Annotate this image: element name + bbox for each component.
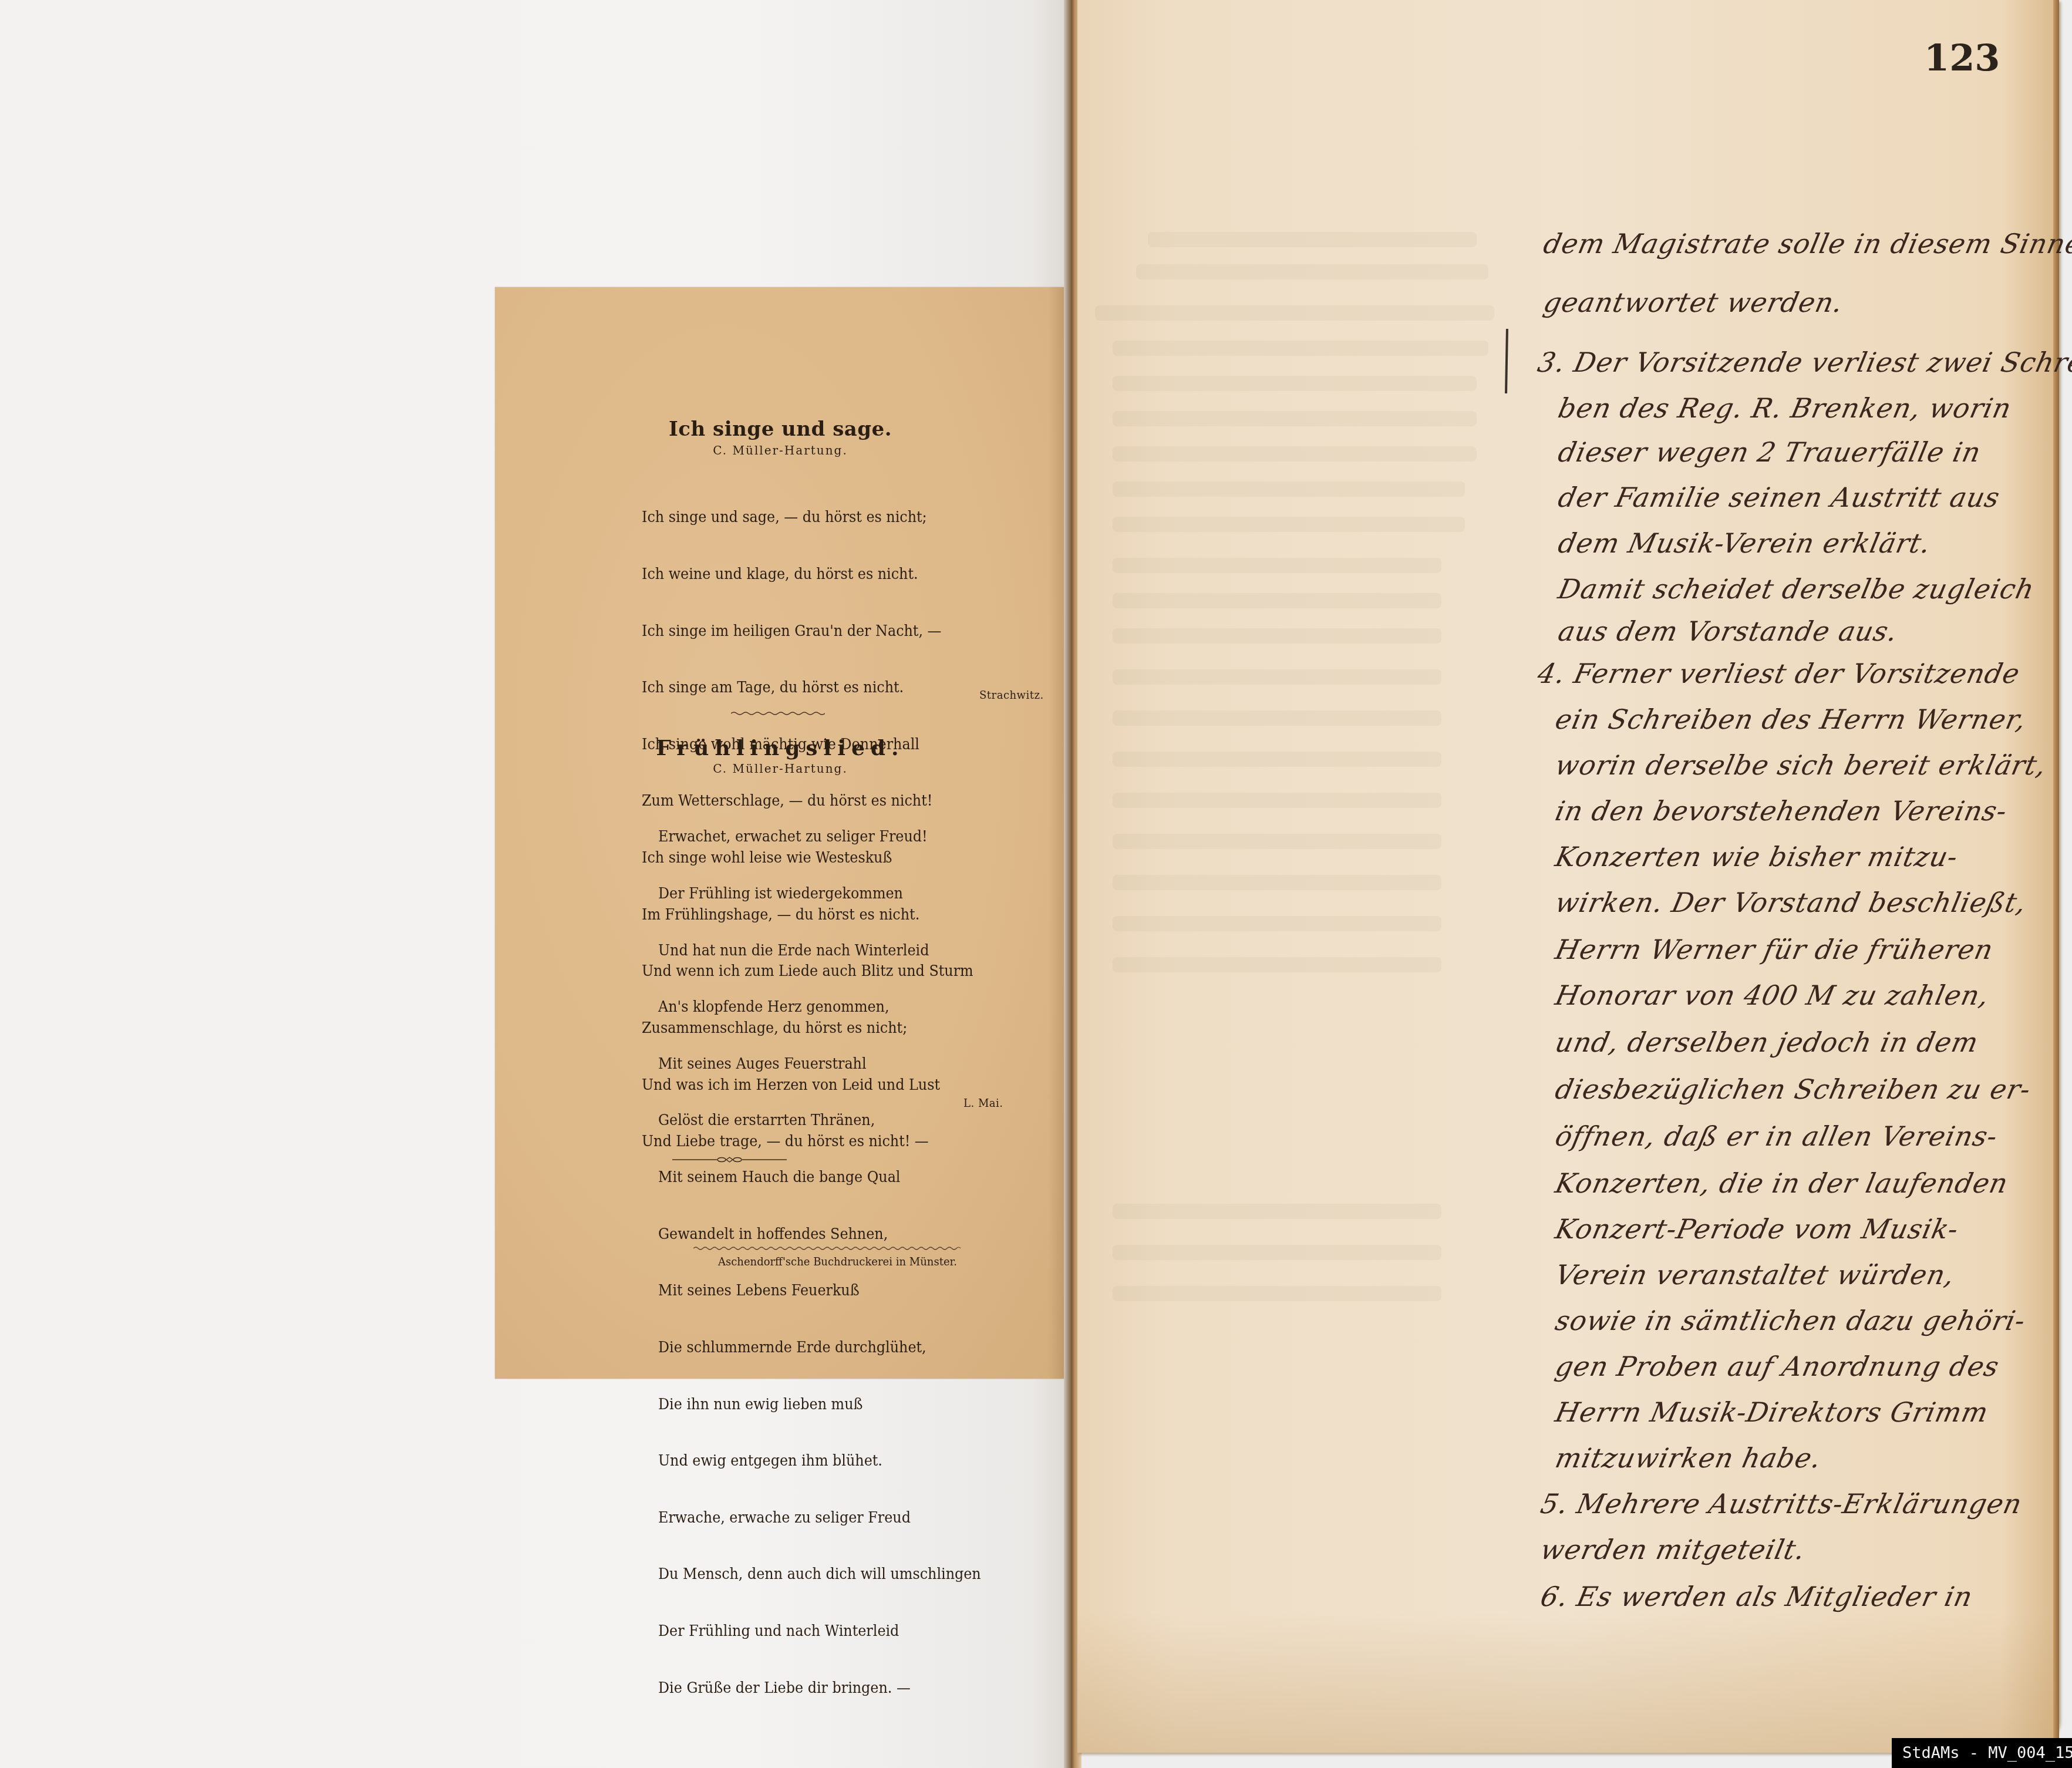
handwritten-line: öffnen, daß er in allen Vereins-	[1552, 1120, 2000, 1152]
ornament-divider	[672, 1156, 787, 1163]
poem-title: Frühlingslied.	[495, 736, 1066, 760]
handwritten-line: ein Schreiben des Herrn Werner,	[1552, 703, 2029, 735]
poet-credit: L. Mai.	[963, 1097, 1003, 1110]
archive-label: StdAMs - MV_004_156	[1892, 1738, 2072, 1768]
handwritten-line: der Familie seinen Austritt aus	[1555, 481, 2003, 513]
verse-line: Der Frühling und nach Winterleid	[658, 1622, 981, 1641]
handwritten-line: 4. Ferner verliest der Vorsitzende	[1535, 658, 2023, 689]
verse-line: Gewandelt in hoffendes Sehnen,	[658, 1225, 981, 1244]
bleed-through-text	[1113, 1245, 1441, 1260]
handwritten-line: aus dem Vorstande aus.	[1555, 615, 1901, 647]
handwritten-line: Honorar von 400 M zu zahlen,	[1552, 979, 1992, 1011]
verse-line: Ich singe und sage, — du hörst es nicht;	[642, 508, 973, 527]
bleed-through-text	[1113, 1204, 1441, 1219]
bleed-through-text	[1113, 834, 1441, 849]
handwritten-line: wirken. Der Vorstand beschließt,	[1552, 887, 2029, 918]
verse-line: Erwachet, erwachet zu seliger Freud!	[658, 827, 981, 846]
handwritten-line: Konzert-Periode vom Musik-	[1552, 1213, 1962, 1245]
bleed-through-text	[1113, 517, 1465, 532]
verse-line: Die ihn nun ewig lieben muß	[658, 1395, 981, 1414]
bleed-through-text	[1113, 376, 1477, 391]
handwritten-line: werden mitgeteilt.	[1538, 1534, 1808, 1565]
bleed-through-text	[1113, 1286, 1441, 1301]
printed-leaflet: Ich singe und sage. C. Müller-Hartung. I…	[495, 287, 1066, 1379]
poem-composer: C. Müller-Hartung.	[495, 762, 1066, 776]
handwritten-line: dem Magistrate solle in diesem Sinne	[1541, 228, 2072, 260]
verse-line: An's klopfende Herz genommen,	[658, 998, 981, 1016]
handwritten-line: Herrn Werner für die früheren	[1552, 934, 1996, 965]
handwritten-line: 3. Der Vorsitzende verliest zwei Schrei-	[1535, 346, 2072, 378]
verse-line: Mit seinem Hauch die bange Qual	[658, 1168, 981, 1187]
bleed-through-text	[1113, 411, 1477, 426]
handwritten-line: mitzuwirken habe.	[1552, 1442, 1824, 1474]
verse-line: Du Mensch, denn auch dich will umschling…	[658, 1565, 981, 1584]
bleed-through-text	[1113, 481, 1465, 497]
verse-line: Ich singe am Tage, du hörst es nicht.	[642, 678, 973, 697]
bleed-through-text	[1113, 916, 1441, 931]
handwritten-line: und, derselben jedoch in dem	[1552, 1026, 1981, 1058]
bleed-through-text	[1113, 558, 1441, 573]
verse-line: Mit seines Auges Feuerstrahl	[658, 1055, 981, 1073]
handwritten-line: Konzerten, die in der laufenden	[1552, 1167, 2011, 1199]
verse-line: Die Grüße der Liebe dir bringen. —	[658, 1679, 981, 1698]
handwritten-line: Verein veranstaltet würden,	[1552, 1259, 1958, 1291]
bleed-through-text	[1113, 669, 1441, 685]
handwritten-line: diesbezüglichen Schreiben zu er-	[1552, 1073, 2034, 1105]
printer-imprint: Aschendorff'sche Buchdruckerei in Münste…	[718, 1256, 957, 1268]
verse-line: Und ewig entgegen ihm blühet.	[658, 1452, 981, 1470]
handwritten-line: Herrn Musik-Direktors Grimm	[1552, 1396, 1991, 1428]
handwritten-line: dieser wegen 2 Trauerfälle in	[1555, 436, 1984, 468]
bleed-through-text	[1113, 710, 1441, 726]
verse-line: Erwache, erwache zu seliger Freud	[658, 1508, 981, 1527]
handwritten-line: 5. Mehrere Austritts-Erklärungen	[1538, 1488, 2025, 1520]
bleed-through-text	[1113, 446, 1477, 462]
verse-line: Und hat nun die Erde nach Winterleid	[658, 941, 981, 960]
page-number: 123	[1924, 36, 2000, 79]
bleed-through-text	[1113, 752, 1441, 767]
verse-line: Ich weine und klage, du hörst es nicht.	[642, 565, 973, 584]
verse-line: Der Frühling ist wiedergekommen	[658, 884, 981, 903]
bleed-through-text	[1113, 875, 1441, 890]
bleed-through-text	[1113, 628, 1441, 644]
handwritten-line: Damit scheidet derselbe zugleich	[1555, 573, 2037, 605]
handwritten-line: dem Musik-Verein erklärt.	[1555, 527, 1933, 559]
verse-line: Die schlummernde Erde durchglühet,	[658, 1338, 981, 1357]
verse-line: Gelöst die erstarrten Thränen,	[658, 1111, 981, 1130]
handwritten-line: sowie in sämtlichen dazu gehöri-	[1552, 1305, 2029, 1336]
handwritten-line: worin derselbe sich bereit erklärt,	[1552, 749, 2049, 781]
wave-rule-divider	[731, 711, 825, 716]
handwritten-line: 6. Es werden als Mitglieder in	[1538, 1581, 1976, 1612]
wave-rule-divider	[693, 1245, 961, 1251]
page-edge	[2053, 0, 2059, 1753]
bleed-through-text	[1113, 341, 1488, 356]
handwritten-line: gen Proben auf Anordnung des	[1552, 1351, 2002, 1382]
bleed-through-text	[1095, 305, 1494, 321]
poem-title: Ich singe und sage.	[495, 417, 1066, 441]
bleed-through-text	[1113, 793, 1441, 808]
poet-credit: Strachwitz.	[979, 689, 1044, 702]
bleed-through-text	[1148, 232, 1477, 247]
verse-line: Ich singe im heiligen Grau'n der Nacht, …	[642, 622, 973, 641]
handwritten-line: geantwortet werden.	[1541, 287, 1846, 318]
poem-composer: C. Müller-Hartung.	[495, 443, 1066, 457]
bleed-through-text	[1113, 593, 1441, 608]
handwritten-line: in den bevorstehenden Vereins-	[1552, 795, 2010, 827]
bleed-through-text	[1136, 264, 1488, 279]
verse-line: Mit seines Lebens Feuerkuß	[658, 1281, 981, 1300]
handwritten-line: ben des Reg. R. Brenken, worin	[1555, 392, 2014, 424]
bleed-through-text	[1113, 957, 1441, 972]
handwritten-line: Konzerten wie bisher mitzu-	[1552, 841, 1961, 873]
